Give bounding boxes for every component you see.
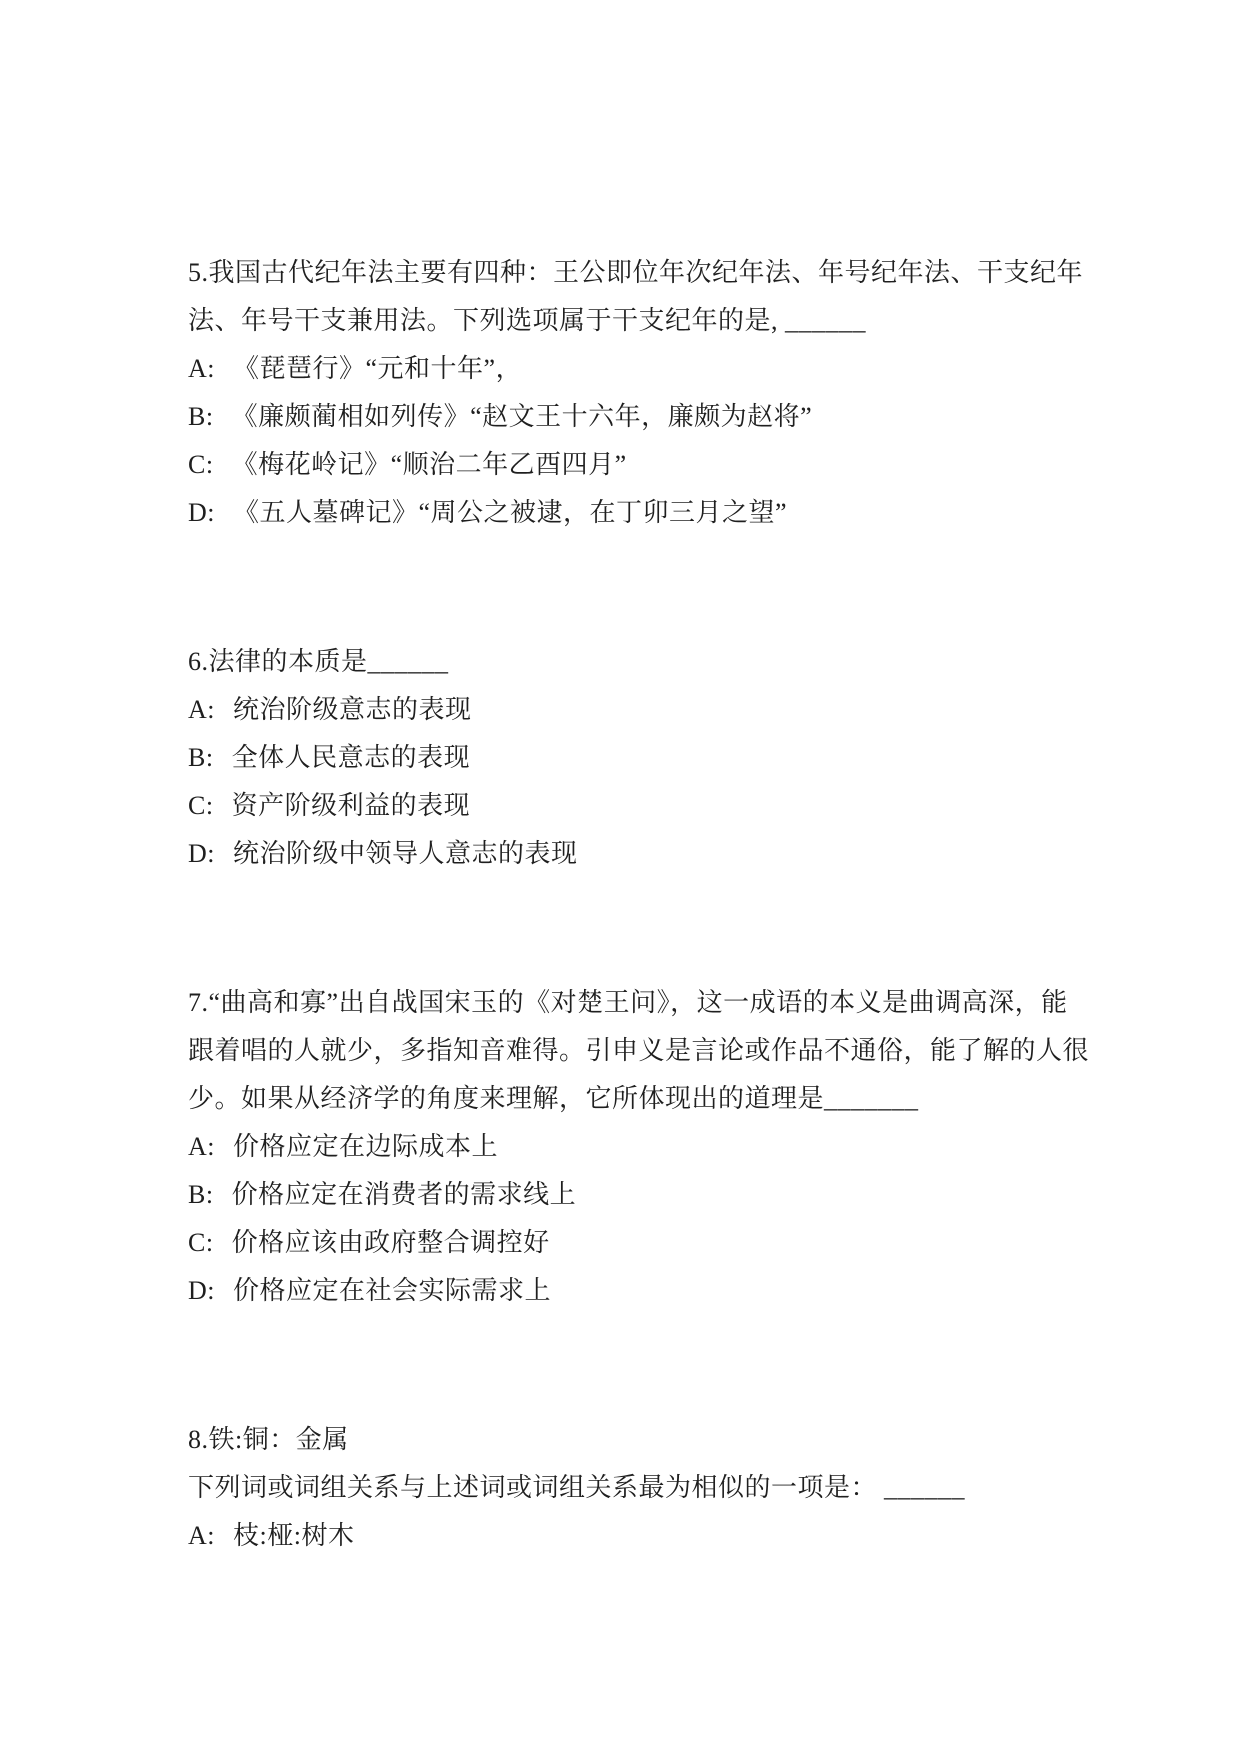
option-text: 《琵琶行》“元和十年”， — [233, 345, 522, 393]
question-5-option-c: C: 《梅花岭记》“顺治二年乙酉四月” — [188, 441, 1072, 489]
option-label: A: — [188, 686, 215, 734]
option-label: A: — [188, 345, 215, 393]
question-6-option-b: B: 全体人民意志的表现 — [188, 734, 1072, 782]
option-text: 枝:桠:树木 — [233, 1512, 354, 1560]
question-6-option-c: C: 资产阶级利益的表现 — [188, 782, 1072, 830]
question-8-option-a: A: 枝:桠:树木 — [188, 1512, 1072, 1560]
option-text: 《五人墓碑记》“周公之被逮，在丁卯三月之望” — [233, 489, 787, 537]
option-text: 统治阶级中领导人意志的表现 — [233, 830, 578, 878]
question-8: 8.铁:铜：金属 下列词或词组关系与上述词或词组关系最为相似的一项是： ____… — [188, 1416, 1072, 1560]
option-text: 全体人民意志的表现 — [232, 734, 471, 782]
question-5-text-line-1: 5.我国古代纪年法主要有四种：王公即位年次纪年法、年号纪年法、干支纪年 — [188, 249, 1072, 297]
option-text: 资产阶级利益的表现 — [232, 782, 471, 830]
question-7-option-c: C: 价格应该由政府整合调控好 — [188, 1219, 1072, 1267]
option-text: 价格应该由政府整合调控好 — [232, 1219, 550, 1267]
option-text: 统治阶级意志的表现 — [233, 686, 472, 734]
question-7-option-d: D: 价格应定在社会实际需求上 — [188, 1267, 1072, 1315]
question-5: 5.我国古代纪年法主要有四种：王公即位年次纪年法、年号纪年法、干支纪年 法、年号… — [188, 249, 1072, 537]
question-7-option-b: B: 价格应定在消费者的需求线上 — [188, 1171, 1072, 1219]
question-5-option-b: B: 《廉颇蔺相如列传》“赵文王十六年，廉颇为赵将” — [188, 393, 1072, 441]
option-label: B: — [188, 1171, 214, 1219]
option-text: 《廉颇蔺相如列传》“赵文王十六年，廉颇为赵将” — [232, 393, 813, 441]
option-text: 价格应定在消费者的需求线上 — [232, 1171, 577, 1219]
question-7-text-line-2: 跟着唱的人就少，多指知音难得。引申义是言论或作品不通俗，能了解的人很 — [188, 1027, 1072, 1075]
question-7: 7.“曲高和寡”出自战国宋玉的《对楚王问》，这一成语的本义是曲调高深，能 跟着唱… — [188, 979, 1072, 1315]
question-6-option-d: D: 统治阶级中领导人意志的表现 — [188, 830, 1072, 878]
option-label: B: — [188, 393, 214, 441]
question-8-text-line-1: 8.铁:铜：金属 — [188, 1416, 1072, 1464]
question-8-text-line-2: 下列词或词组关系与上述词或词组关系最为相似的一项是： ______ — [188, 1464, 1072, 1512]
option-label: D: — [188, 830, 215, 878]
option-label: C: — [188, 1219, 214, 1267]
option-label: C: — [188, 782, 214, 830]
question-6: 6.法律的本质是______ A: 统治阶级意志的表现 B: 全体人民意志的表现… — [188, 638, 1072, 878]
question-5-option-a: A: 《琵琶行》“元和十年”， — [188, 345, 1072, 393]
option-label: D: — [188, 489, 215, 537]
option-label: C: — [188, 441, 214, 489]
option-label: D: — [188, 1267, 215, 1315]
option-text: 价格应定在社会实际需求上 — [233, 1267, 551, 1315]
option-label: A: — [188, 1512, 215, 1560]
option-label: B: — [188, 734, 214, 782]
option-text: 价格应定在边际成本上 — [233, 1123, 498, 1171]
question-5-text-line-2: 法、年号干支兼用法。下列选项属于干支纪年的是, ______ — [188, 297, 1072, 345]
question-7-text-line-3: 少。如果从经济学的角度来理解，它所体现出的道理是_______ — [188, 1075, 1072, 1123]
option-label: A: — [188, 1123, 215, 1171]
option-text: 《梅花岭记》“顺治二年乙酉四月” — [232, 441, 627, 489]
question-6-option-a: A: 统治阶级意志的表现 — [188, 686, 1072, 734]
document-page: 5.我国古代纪年法主要有四种：王公即位年次纪年法、年号纪年法、干支纪年 法、年号… — [0, 0, 1240, 1753]
question-5-option-d: D: 《五人墓碑记》“周公之被逮，在丁卯三月之望” — [188, 489, 1072, 537]
question-6-text-line-1: 6.法律的本质是______ — [188, 638, 1072, 686]
question-7-text-line-1: 7.“曲高和寡”出自战国宋玉的《对楚王问》，这一成语的本义是曲调高深，能 — [188, 979, 1072, 1027]
question-7-option-a: A: 价格应定在边际成本上 — [188, 1123, 1072, 1171]
